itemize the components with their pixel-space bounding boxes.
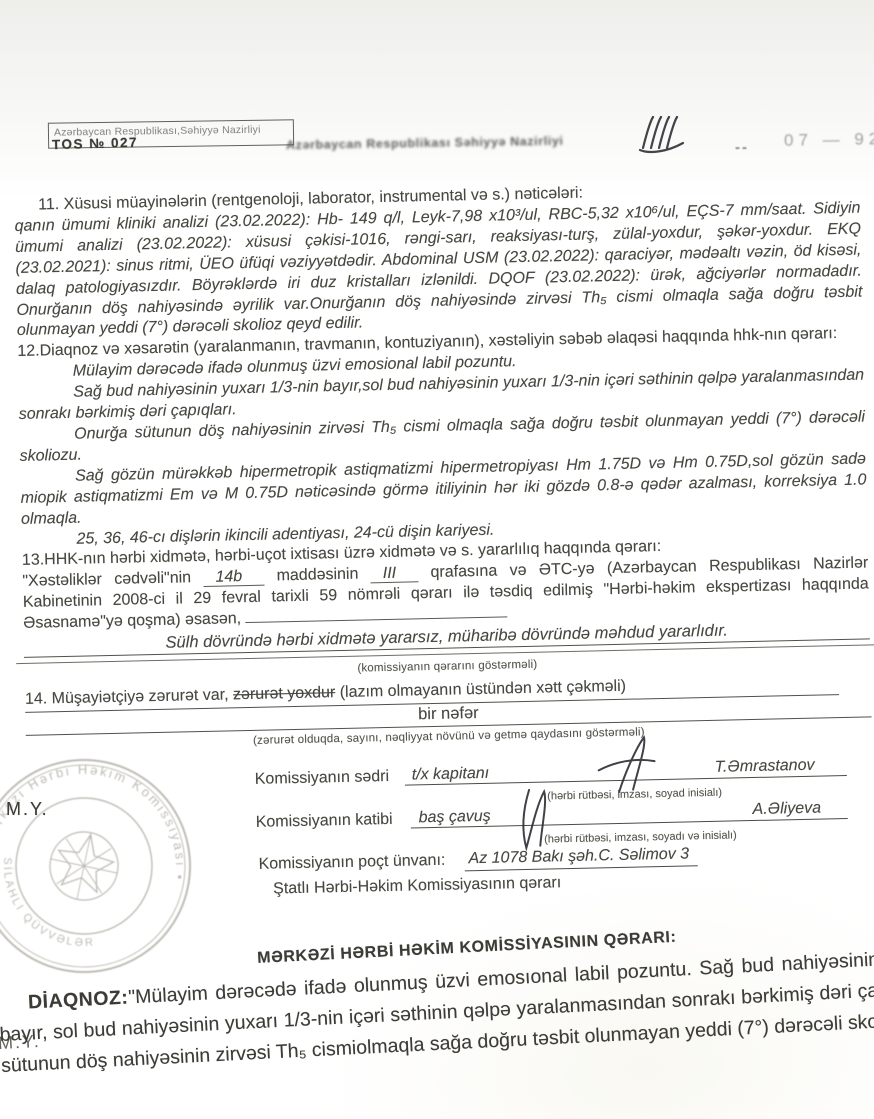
escort-suffix: (lazım olmayanın üstündən xətt çəkməli) <box>340 678 627 701</box>
secretary-signature <box>503 783 575 857</box>
document-body: 11. Xüsusi müayinələrin (rentgenoloji, l… <box>14 178 874 915</box>
item-11-paragraph: 11. Xüsusi müayinələrin (rentgenoloji, l… <box>14 178 863 343</box>
item-11-results: qanın ümumi kliniki analizi (23.02.2022)… <box>14 199 862 339</box>
scanned-document-photo: Azərbaycan Respublikası,Səhiyyə Nazirliy… <box>0 0 874 1119</box>
item-13-text-mid: maddəsinin <box>276 566 358 585</box>
grafa-fillin: III <box>371 565 419 584</box>
faint-corner-number: 07 — 92 <box>784 129 874 151</box>
faint-dash-mark: -- <box>735 139 749 156</box>
chairman-label: Komissiyanın sədri <box>255 767 390 791</box>
escort-struck-option: zərurət yoxdur <box>233 684 336 703</box>
chairman-name: T.Əmrastanov <box>714 755 814 778</box>
blank-underline <box>245 604 507 623</box>
ministry-blurred-text: Azərbaycan Respublikası Səhiyyə Nazirliy… <box>286 134 616 152</box>
ink-tally-mark <box>637 112 689 158</box>
escort-prefix: 14. Müşayiətçiyə zərurət var, <box>25 686 229 707</box>
diagnosis-label: DİAQNOZ: <box>28 987 129 1014</box>
secretary-rank: baş çavuş <box>418 806 490 828</box>
chairman-signature <box>584 731 665 799</box>
secretary-name: A.Əliyeva <box>752 798 821 820</box>
address-label: Komissiyanın poçt ünvanı: <box>258 850 445 875</box>
secretary-label: Komissiyanın katibi <box>256 809 393 833</box>
address-value: Az 1078 Bakı şəh.C. Səlimov 3 <box>464 844 697 872</box>
chairman-rank: t/x kapitanı <box>412 763 490 786</box>
staff-commission-line: Ştatlı Hərbi-Həkim Komissiyasının qərarı <box>273 873 561 900</box>
tos-number: TOS № 027 <box>52 135 138 152</box>
article-fillin: 14b <box>203 568 264 587</box>
commission-signature-block: Komissiyanın sədri t/x kapitanı T.Əmrast… <box>254 746 874 909</box>
item-13-text: "Xəstəliklər cədvəli"nin <box>22 570 191 591</box>
seal-place-mark: M.Y. <box>6 799 49 820</box>
